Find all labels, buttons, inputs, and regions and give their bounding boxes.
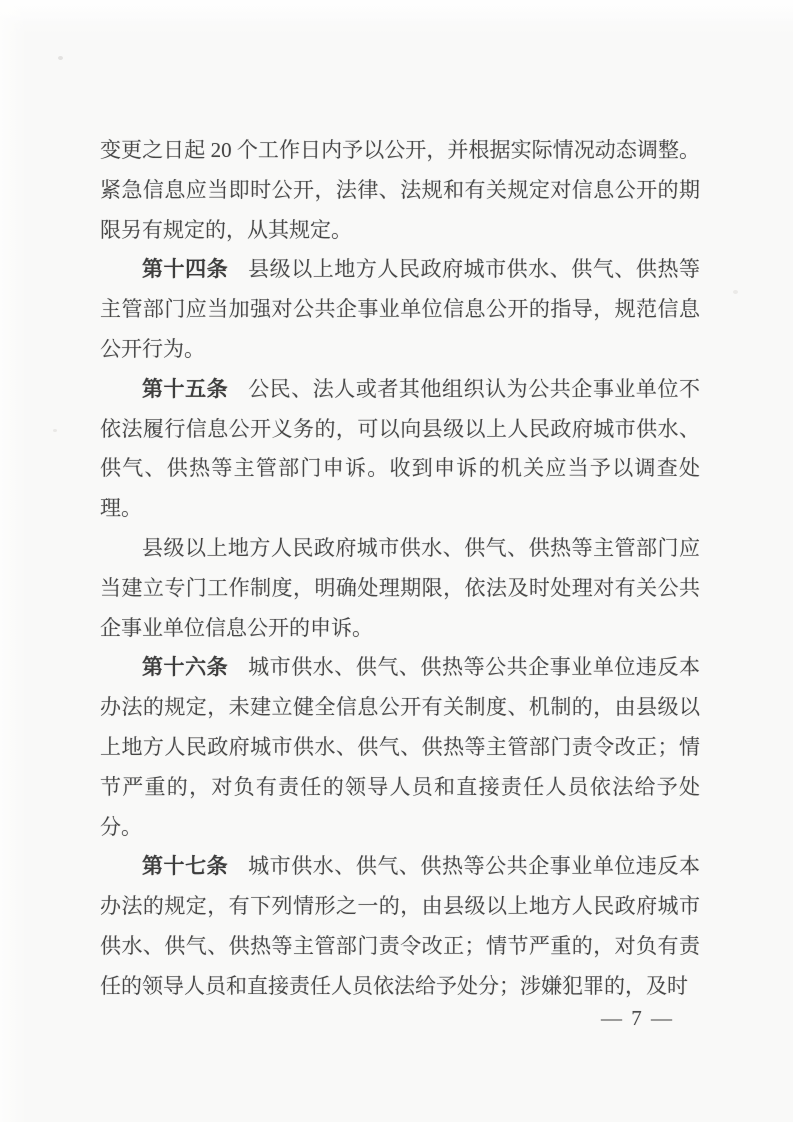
scanned-document-page: 变更之日起 20 个工作日内予以公开，并根据实际情况动态调整。紧急信息应当即时公… xyxy=(0,0,793,1122)
document-body: 变更之日起 20 个工作日内予以公开，并根据实际情况动态调整。紧急信息应当即时公… xyxy=(100,131,700,1007)
page-number: — 7 — xyxy=(601,1006,674,1030)
scan-speck xyxy=(58,56,63,60)
scan-speck xyxy=(53,429,57,432)
paragraph-3: 第十五条公民、法人或者其他组织认为公共企事业单位不依法履行信息公开义务的，可以向… xyxy=(100,370,700,529)
paragraph-2: 第十四条县级以上地方人民政府城市供水、供气、供热等主管部门应当加强对公共企事业单… xyxy=(100,250,700,369)
scan-speck xyxy=(733,290,738,294)
paragraph-1: 变更之日起 20 个工作日内予以公开，并根据实际情况动态调整。紧急信息应当即时公… xyxy=(100,131,700,250)
article-number: 第十六条 xyxy=(142,655,228,679)
article-number: 第十七条 xyxy=(142,854,228,878)
paragraph-4: 县级以上地方人民政府城市供水、供气、供热等主管部门应当建立专门工作制度，明确处理… xyxy=(100,529,700,648)
paragraph-6: 第十七条城市供水、供气、供热等公共企事业单位违反本办法的规定，有下列情形之一的，… xyxy=(100,847,700,1006)
article-number: 第十四条 xyxy=(142,257,228,281)
article-number: 第十五条 xyxy=(142,377,228,401)
paragraph-5: 第十六条城市供水、供气、供热等公共企事业单位违反本办法的规定，未建立健全信息公开… xyxy=(100,648,700,847)
